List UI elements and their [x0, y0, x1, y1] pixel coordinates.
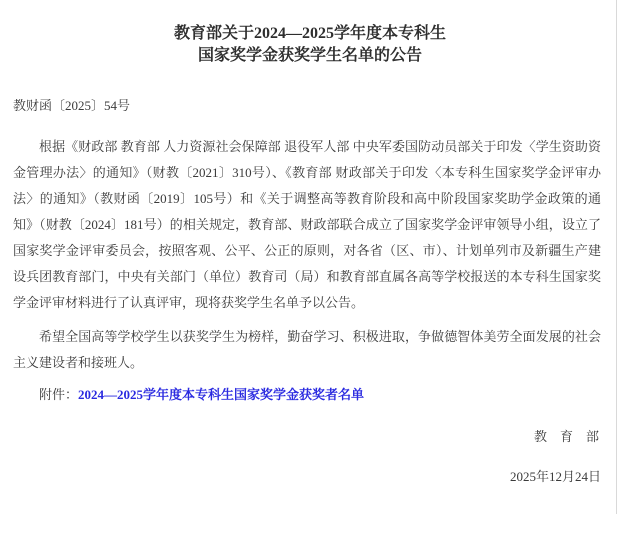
- issuer-signature: 教 育 部: [13, 424, 601, 450]
- document-page: 教育部关于2024—2025学年度本专科生 国家奖学金获奖学生名单的公告 教财函…: [0, 0, 620, 539]
- issue-date: 2025年12月24日: [13, 464, 601, 490]
- document-title: 教育部关于2024—2025学年度本专科生 国家奖学金获奖学生名单的公告: [0, 23, 620, 67]
- document-body: 根据《财政部 教育部 人力资源社会保障部 退役军人部 中央军委国防动员部关于印发…: [13, 134, 601, 490]
- right-border-line: [616, 0, 617, 514]
- body-paragraph-1: 根据《财政部 教育部 人力资源社会保障部 退役军人部 中央军委国防动员部关于印发…: [13, 134, 601, 316]
- title-line-1: 教育部关于2024—2025学年度本专科生: [0, 23, 620, 45]
- body-paragraph-2: 希望全国高等学校学生以获奖学生为榜样，勤奋学习、积极进取，争做德智体美劳全面发展…: [13, 324, 601, 376]
- attachment-link[interactable]: 2024—2025学年度本专科生国家奖学金获奖者名单: [78, 387, 364, 402]
- title-line-2: 国家奖学金获奖学生名单的公告: [0, 45, 620, 67]
- attachment-label: 附件：: [39, 387, 78, 402]
- attachment-row: 附件：2024—2025学年度本专科生国家奖学金获奖者名单: [13, 382, 601, 408]
- doc-number: 教财函〔2025〕54号: [0, 96, 620, 116]
